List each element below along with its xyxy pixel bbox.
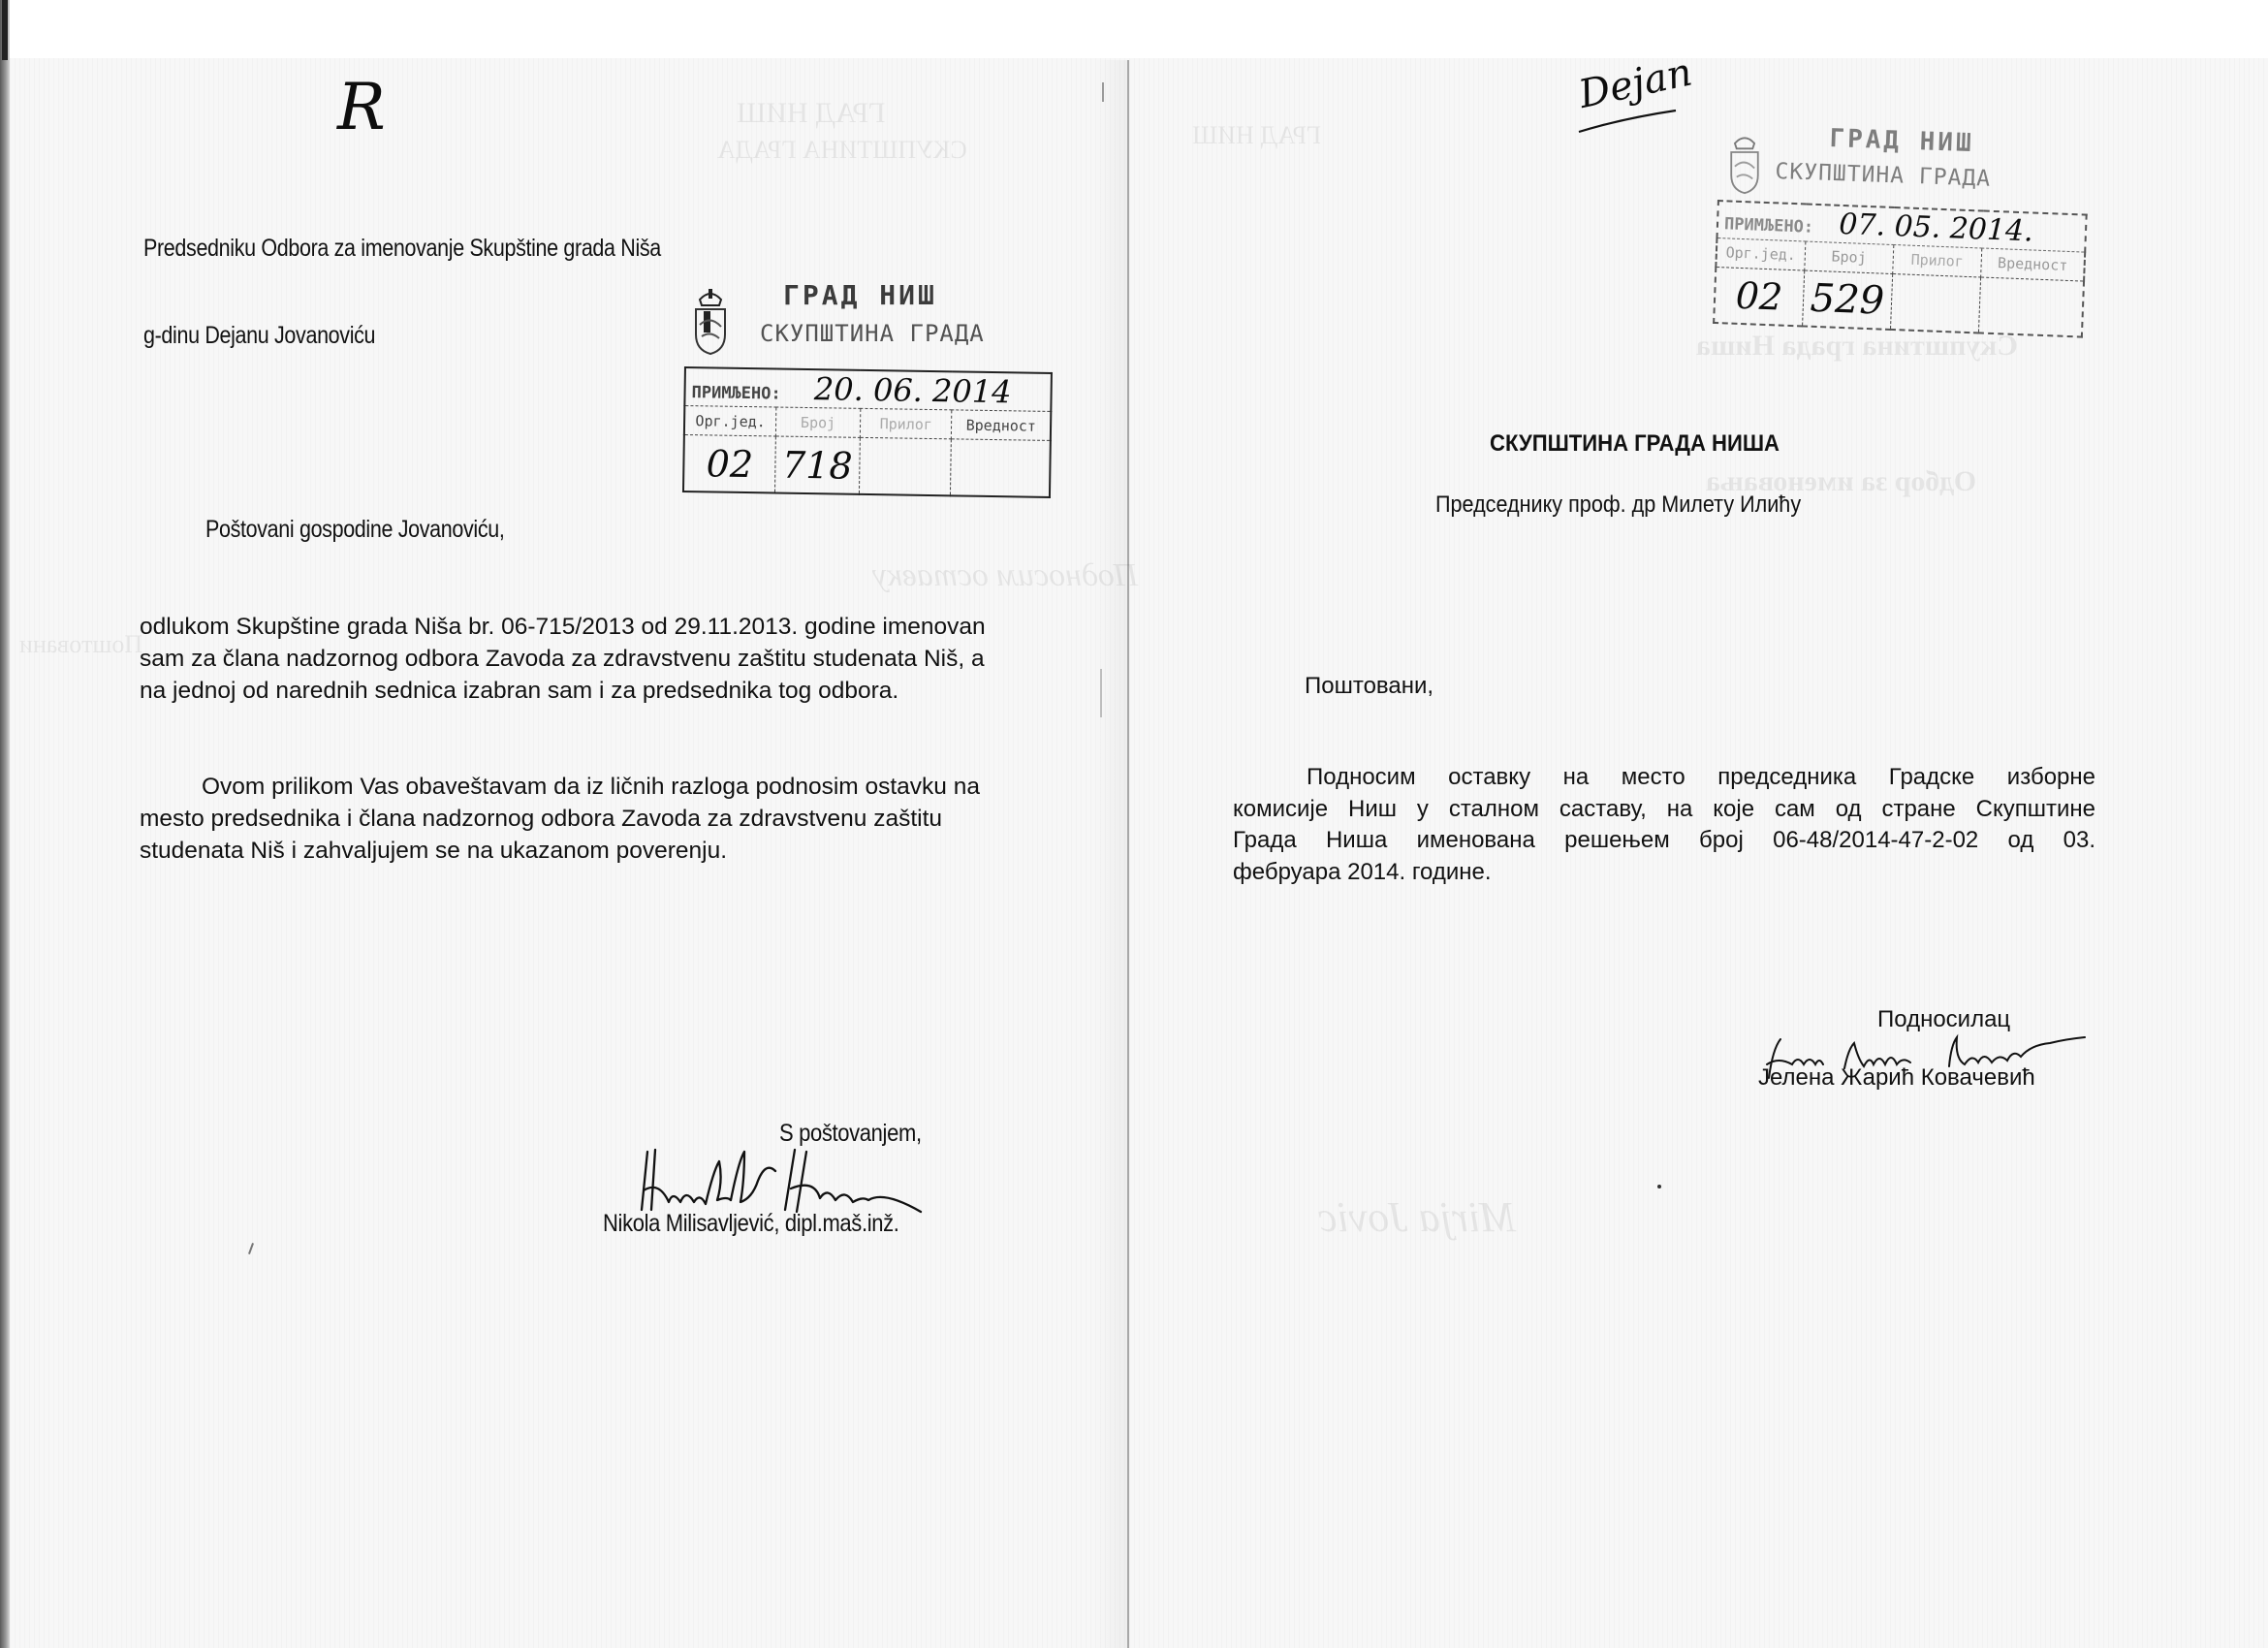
stamp-number: 718: [782, 443, 853, 487]
page-fold-line: [1127, 60, 1129, 1648]
paragraph-line: mesto predsednika i člana nadzornog odbo…: [140, 803, 940, 835]
stamp-col-number: Број: [801, 413, 835, 431]
paragraph-line: studenata Niš i zahvaljujem se na ukazan…: [140, 835, 940, 867]
bleed-through-text: СКУПШТИНА ГРАДА: [717, 136, 967, 165]
speck: [1657, 1185, 1661, 1188]
stamp-number: 529: [1810, 276, 1885, 324]
paragraph-line: Града Ниша именована решењем број 06-48/…: [1233, 825, 2095, 857]
signatory-name: Јелена Жарић Ковачевић: [1758, 1064, 2035, 1092]
recipient-name: g-dinu Dejanu Jovanoviću: [143, 322, 375, 350]
bleed-through-text: ГРАД НИШ: [1192, 121, 1321, 150]
stamp-received-label: ПРИМЉЕНО:: [1724, 214, 1814, 238]
stamp-org-unit: 02: [706, 442, 753, 486]
paragraph-line: Подносим оставку на место председника Гр…: [1233, 762, 2095, 794]
body-paragraph-1: odlukom Skupštine grada Niša br. 06-715/…: [140, 611, 940, 707]
body-paragraph: Подносим оставку на место председника Гр…: [1233, 762, 2095, 888]
stamp-table: ПРИМЉЕНО: 20. 06. 2014 Орг.јед. Број При…: [682, 366, 1053, 498]
bleed-through-text: Подносим оставку: [872, 557, 1138, 594]
stamp-table: ПРИМЉЕНО: 07. 05. 2014. Орг.јед. Број Пр…: [1713, 200, 2088, 338]
bleed-through-text: Поштовани: [19, 630, 142, 659]
signature-icon: [630, 1142, 940, 1220]
signatory-name: Nikola Milisavljević, dipl.maš.inž.: [603, 1210, 899, 1238]
scan-edge: [0, 0, 10, 1648]
paragraph-line: na jednoj od narednih sednica izabran sa…: [140, 675, 940, 707]
handwritten-mark: R: [337, 70, 386, 144]
salutation: Poštovani gospodine Jovanoviću,: [205, 516, 504, 544]
fold-mark: [1100, 669, 1102, 717]
paragraph-line: фебруара 2014. године.: [1233, 857, 2095, 889]
fold-mark: [1102, 82, 1104, 102]
recipient-line: Председнику проф. др Милету Илићу: [1435, 491, 1801, 519]
scan-edge-dark: [2, 0, 8, 60]
letter-heading: СКУПШТИНА ГРАДА НИША: [1490, 430, 1780, 458]
coat-of-arms-icon: [1725, 131, 1764, 195]
stamp-city: ГРАД НИШ: [1829, 124, 1974, 158]
bleed-through-text: Скупштина града Ниша: [1696, 330, 2018, 363]
paragraph-line: комисије Ниш у сталном саставу, на које …: [1233, 794, 2095, 826]
page-fold-shadow: [1095, 60, 1127, 1648]
bleed-through-text: ГРАД НИШ: [737, 97, 885, 130]
coat-of-arms-icon: [690, 286, 731, 356]
paragraph-line: sam za člana nadzornog odbora Zavoda za …: [140, 643, 940, 675]
bleed-through-signature: Mirja Jovic: [1318, 1192, 1516, 1242]
stamp-col-attachment: Прилог: [1910, 251, 1964, 270]
stamp-col-value: Вредност: [966, 416, 1037, 434]
stamp-received-date: 07. 05. 2014.: [1839, 207, 2034, 249]
stamp-col-org: Орг.јед.: [695, 412, 766, 430]
recipient-line: Predsedniku Odbora za imenovanje Skupšti…: [143, 235, 661, 263]
stamp-col-org: Орг.јед.: [1725, 243, 1796, 264]
stamp-received-label: ПРИМЉЕНО:: [691, 383, 780, 403]
stamp-col-value: Вредност: [1998, 254, 2068, 274]
paragraph-line: Ovom prilikom Vas obaveštavam da iz ličn…: [140, 771, 940, 803]
stamp-org-unit: 02: [1735, 274, 1783, 319]
body-paragraph-2: Ovom prilikom Vas obaveštavam da iz ličn…: [140, 771, 940, 867]
stamp-body: СКУПШТИНА ГРАДА: [760, 320, 985, 347]
stamp-col-number: Број: [1831, 248, 1867, 267]
stamp-col-attachment: Прилог: [880, 415, 932, 433]
salutation: Поштовани,: [1305, 673, 1433, 700]
paragraph-line: odlukom Skupštine grada Niša br. 06-715/…: [140, 611, 940, 643]
stamp-city: ГРАД НИШ: [783, 279, 937, 311]
underline-stroke-icon: [1575, 107, 1682, 136]
stamp-received-date: 20. 06. 2014: [814, 370, 1012, 410]
